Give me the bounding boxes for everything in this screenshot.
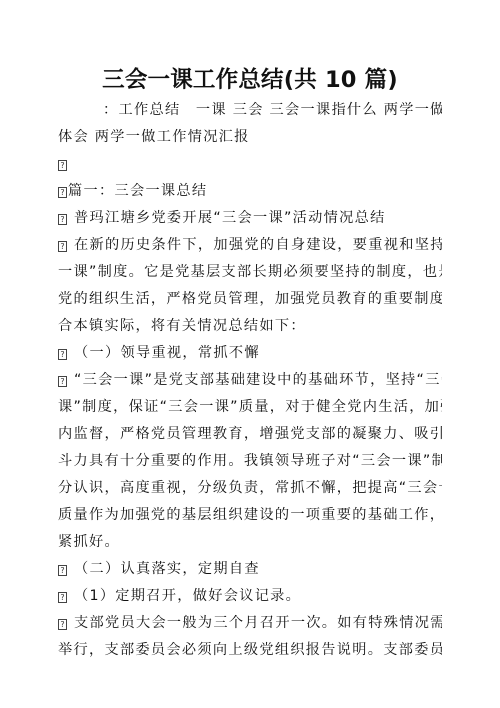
- line-text: 质量作为加强党的基层组织建设的一项重要的基础工作，切实抓: [58, 507, 442, 523]
- text-line: 课”制度，保证“三会一课”质量，对于健全党内生活，加强党: [58, 394, 442, 421]
- line-text: “三会一课”是党支部基础建设中的基础环节，坚持“三会一: [74, 372, 442, 388]
- line-text: 分认识，高度重视，分级负责，常抓不懈，把提高“三会一课”: [58, 480, 442, 496]
- text-line: ?篇一：三会一课总结: [58, 178, 442, 205]
- line-text: 内监督，严格党员管理教育，增强党支部的凝聚力、吸引力、战: [58, 426, 442, 442]
- text-line: ?（一）领导重视，常抓不懈: [58, 340, 442, 367]
- line-text: 党的组织生活，严格党员管理，加强党员教育的重要制度。现结: [58, 291, 442, 307]
- document-title: 三会一课工作总结(共 10 篇): [0, 62, 500, 94]
- text-line: ?普玛江塘乡党委开展“三会一课”活动情况总结: [58, 205, 442, 232]
- text-line: 斗力具有十分重要的作用。我镇领导班子对“三会一课”制度充: [58, 448, 442, 475]
- line-text: （一）领导重视，常抓不懈: [74, 345, 260, 361]
- missing-glyph-icon: ?: [58, 376, 67, 387]
- line-text: 举行，支部委员会必须向上级党组织报告说明。支部委员会一般: [58, 642, 442, 658]
- line-text: 一课”制度。它是党基层支部长期必须要坚持的制度，也是健全: [58, 264, 442, 280]
- line-text: 在新的历史条件下，加强党的自身建设，要重视和坚持“三会: [74, 237, 442, 253]
- document-body: ：工作总结 一课 三会 三会一课指什么 两学一做心得 体会 两学一做工作情况汇报…: [58, 97, 442, 664]
- text-line: 合本镇实际，将有关情况总结如下：: [58, 313, 442, 340]
- document-page: 三会一课工作总结(共 10 篇) ：工作总结 一课 三会 三会一课指什么 两学一…: [0, 0, 500, 708]
- keywords-line-2: 体会 两学一做工作情况汇报: [58, 124, 442, 151]
- line-text: 课”制度，保证“三会一课”质量，对于健全党内生活，加强党: [58, 399, 442, 415]
- line-text: 普玛江塘乡党委开展“三会一课”活动情况总结: [74, 210, 386, 226]
- text-line: 一课”制度。它是党基层支部长期必须要坚持的制度，也是健全: [58, 259, 442, 286]
- text-line: 分认识，高度重视，分级负责，常抓不懈，把提高“三会一课”: [58, 475, 442, 502]
- text-line: 党的组织生活，严格党员管理，加强党员教育的重要制度。现结: [58, 286, 442, 313]
- text-line: 内监督，严格党员管理教育，增强党支部的凝聚力、吸引力、战: [58, 421, 442, 448]
- paragraph-lines: ??篇一：三会一课总结?普玛江塘乡党委开展“三会一课”活动情况总结?在新的历史条…: [58, 151, 442, 664]
- text-line: ?在新的历史条件下，加强党的自身建设，要重视和坚持“三会: [58, 232, 442, 259]
- text-line: ?（1）定期召开，做好会议记录。: [58, 583, 442, 610]
- line-text: 支部党员大会一般为三个月召开一次。如有特殊情况需要推迟: [74, 615, 442, 631]
- text-line: ?: [58, 151, 442, 178]
- keywords-line-1: ：工作总结 一课 三会 三会一课指什么 两学一做心得: [58, 97, 442, 124]
- line-text: （1）定期召开，做好会议记录。: [74, 588, 301, 604]
- text-line: 质量作为加强党的基层组织建设的一项重要的基础工作，切实抓: [58, 502, 442, 529]
- text-line: ?支部党员大会一般为三个月召开一次。如有特殊情况需要推迟: [58, 610, 442, 637]
- line-text: 合本镇实际，将有关情况总结如下：: [58, 318, 306, 334]
- missing-glyph-icon: ?: [58, 349, 67, 360]
- line-text: 斗力具有十分重要的作用。我镇领导班子对“三会一课”制度充: [58, 453, 442, 469]
- line-text: （二）认真落实，定期自查: [74, 561, 260, 577]
- text-line: 举行，支部委员会必须向上级党组织报告说明。支部委员会一般: [58, 637, 442, 664]
- line-text: 紧抓好。: [58, 534, 120, 550]
- text-line: 紧抓好。: [58, 529, 442, 556]
- text-line: ?（二）认真落实，定期自查: [58, 556, 442, 583]
- missing-glyph-icon: ?: [58, 187, 67, 198]
- missing-glyph-icon: ?: [58, 214, 67, 225]
- line-text: 篇一：三会一课总结: [68, 183, 207, 199]
- missing-glyph-icon: ?: [58, 565, 67, 576]
- missing-glyph-icon: ?: [58, 160, 67, 171]
- missing-glyph-icon: ?: [58, 619, 67, 630]
- text-line: ?“三会一课”是党支部基础建设中的基础环节，坚持“三会一: [58, 367, 442, 394]
- missing-glyph-icon: ?: [58, 241, 67, 252]
- missing-glyph-icon: ?: [58, 592, 67, 603]
